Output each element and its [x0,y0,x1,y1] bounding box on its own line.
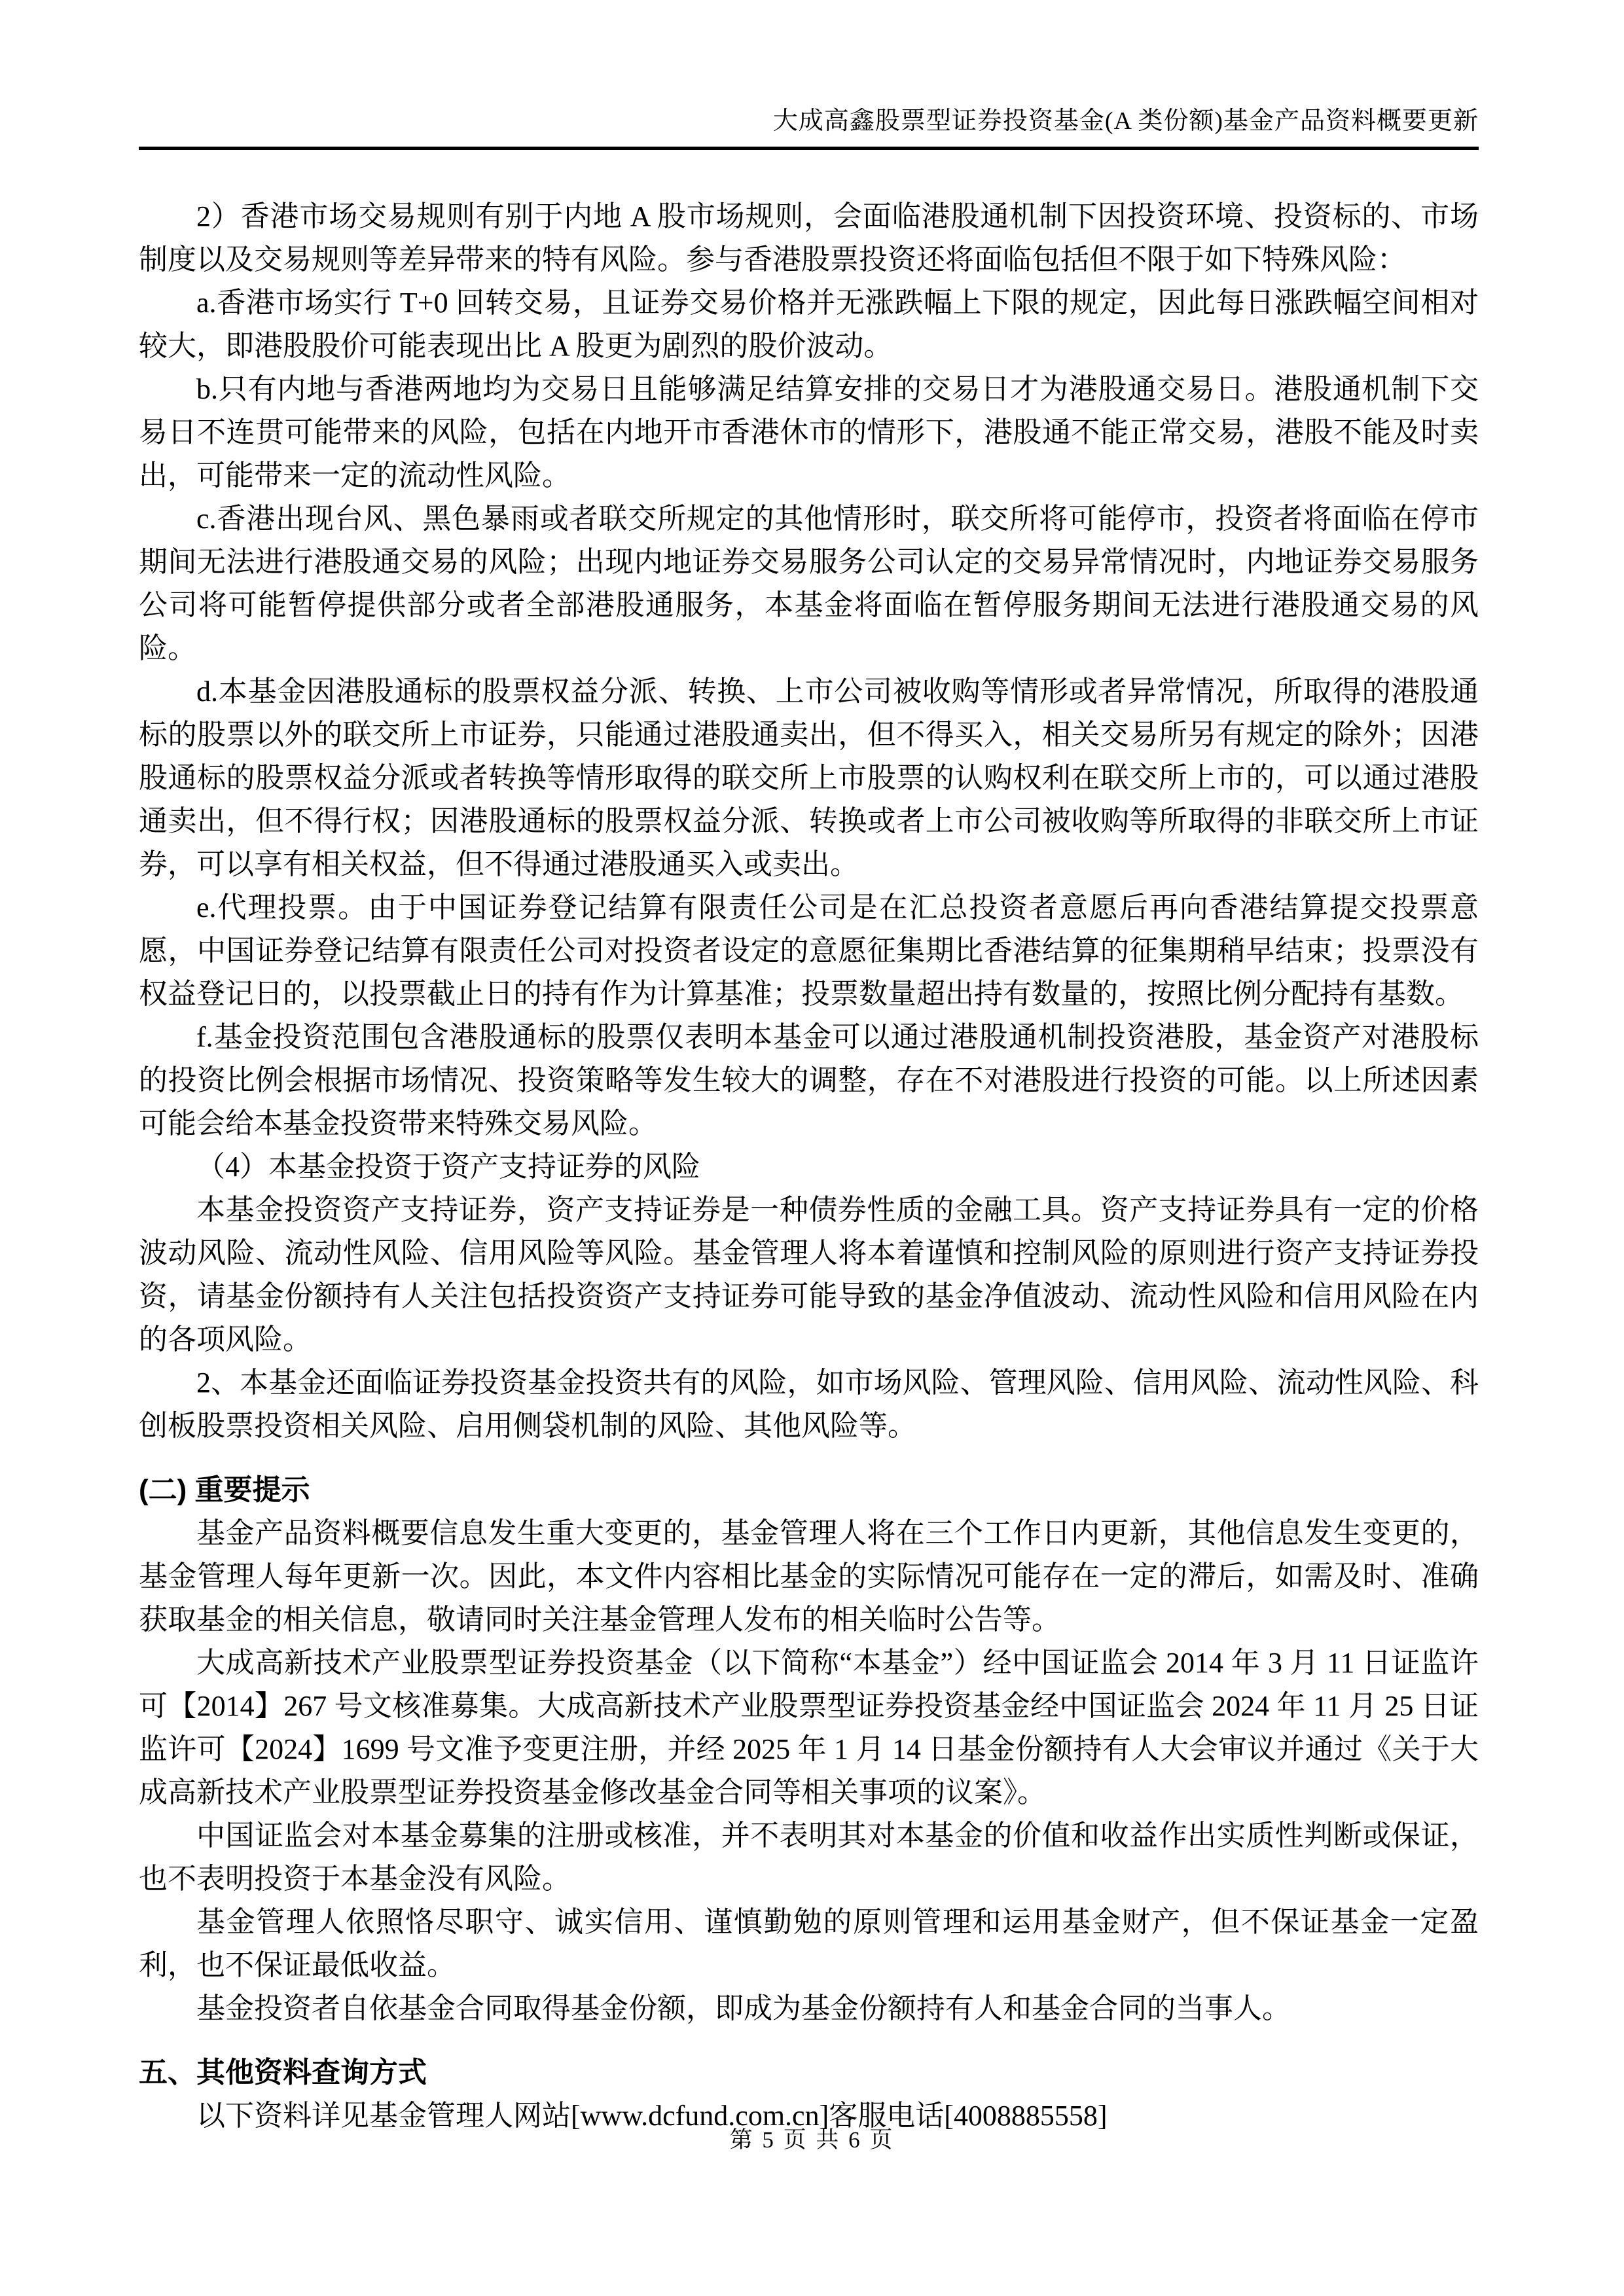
body-paragraph: 中国证监会对本基金募集的注册或核准，并不表明其对本基金的价值和收益作出实质性判断… [139,1814,1479,1901]
body-paragraph: d.本基金因港股通标的股票权益分派、转换、上市公司被收购等情形或者异常情况，所取… [139,670,1479,886]
body-paragraph: a.香港市场实行 T+0 回转交易，且证券交易价格并无涨跌幅上下限的规定，因此每… [139,281,1479,368]
document-page: 大成高鑫股票型证券投资基金(A 类份额)基金产品资料概要更新 2）香港市场交易规… [0,0,1624,2296]
body-paragraph: 本基金投资资产支持证券，资产支持证券是一种债券性质的金融工具。资产支持证券具有一… [139,1189,1479,1361]
body-paragraph: 大成高新技术产业股票型证券投资基金（以下简称“本基金”）经中国证监会 2014 … [139,1641,1479,1814]
body-paragraph: e.代理投票。由于中国证券登记结算有限责任公司是在汇总投资者意愿后再向香港结算提… [139,886,1479,1016]
body-paragraph: c.香港出现台风、黑色暴雨或者联交所规定的其他情形时，联交所将可能停市，投资者将… [139,497,1479,670]
section-heading-important-notice: (二) 重要提示 [139,1469,1479,1512]
page-number: 第 5 页 共 6 页 [730,2127,895,2153]
body-paragraph: 2）香港市场交易规则有别于内地 A 股市场规则，会面临港股通机制下因投资环境、投… [139,195,1479,281]
body-paragraph: 基金产品资料概要信息发生重大变更的，基金管理人将在三个工作日内更新，其他信息发生… [139,1512,1479,1641]
page-title: 大成高鑫股票型证券投资基金(A 类份额)基金产品资料概要更新 [139,105,1479,137]
body-paragraph: b.只有内地与香港两地均为交易日且能够满足结算安排的交易日才为港股通交易日。港股… [139,368,1479,497]
body-paragraph: f.基金投资范围包含港股通标的股票仅表明本基金可以通过港股通机制投资港股，基金资… [139,1016,1479,1145]
document-body: 2）香港市场交易规则有别于内地 A 股市场规则，会面临港股通机制下因投资环境、投… [139,195,1479,2138]
body-paragraph: （4）本基金投资于资产支持证券的风险 [139,1145,1479,1189]
body-paragraph: 基金投资者自依基金合同取得基金份额，即成为基金份额持有人和基金合同的当事人。 [139,1987,1479,2030]
section-heading-other-info: 五、其他资料查询方式 [139,2051,1479,2094]
body-paragraph: 2、本基金还面临证券投资基金投资共有的风险，如市场风险、管理风险、信用风险、流动… [139,1361,1479,1448]
body-paragraph: 基金管理人依照恪尽职守、诚实信用、谨慎勤勉的原则管理和运用基金财产，但不保证基金… [139,1901,1479,1987]
page-header: 大成高鑫股票型证券投资基金(A 类份额)基金产品资料概要更新 [139,105,1479,150]
header-rule-divider [139,147,1479,150]
page-footer: 第 5 页 共 6 页 [0,2126,1624,2155]
